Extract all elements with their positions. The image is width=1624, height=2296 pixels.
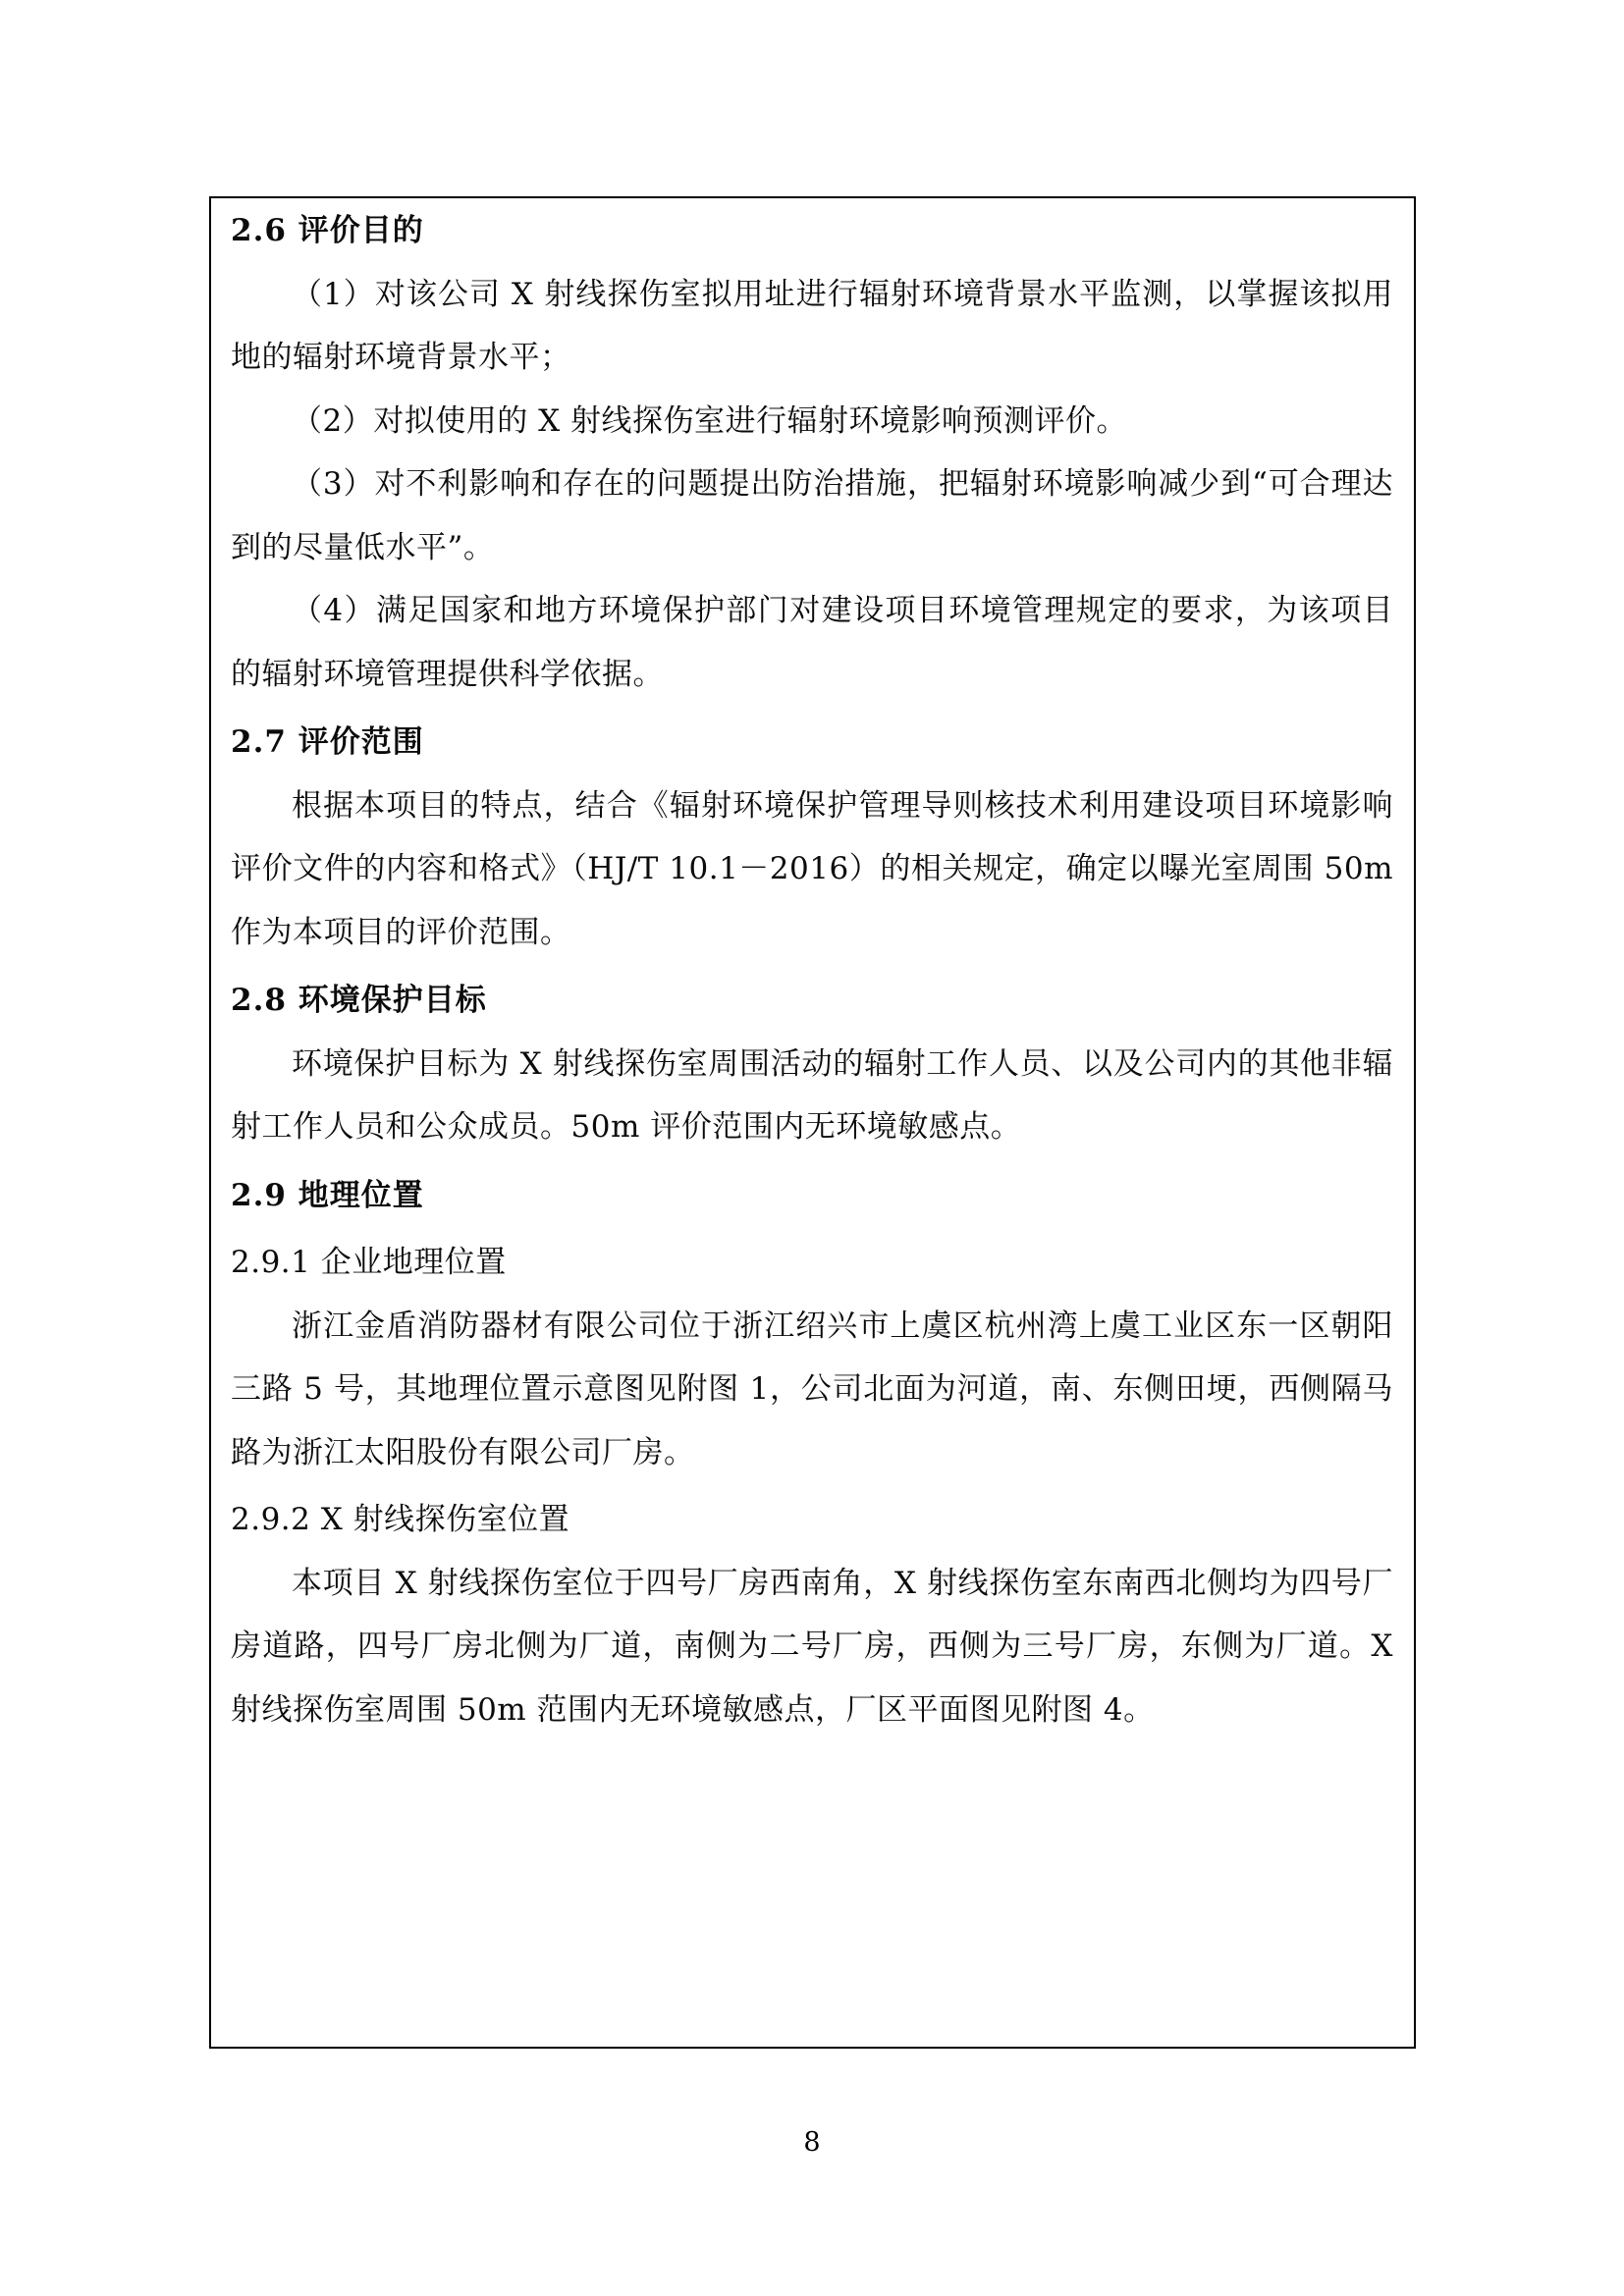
paragraph-2-9-1: 浙江金盾消防器材有限公司位于浙江绍兴市上虞区杭州湾上虞工业区东一区朝阳三路 5 … <box>231 1295 1393 1485</box>
section-heading-2-8: 2.8 环境保护目标 <box>231 969 1393 1033</box>
paragraph-2-6-item-4: （4）满足国家和地方环境保护部门对建设项目环境管理规定的要求，为该项目的辐射环境… <box>231 579 1393 706</box>
page-number: 8 <box>0 2128 1624 2158</box>
paragraph-2-6-item-1: （1）对该公司 X 射线探伤室拟用址进行辐射环境背景水平监测，以掌握该拟用地的辐… <box>231 263 1393 390</box>
document-page: { "content": { "s26": { "heading": "2.6 … <box>0 0 1624 2296</box>
section-heading-2-7: 2.7 评价范围 <box>231 711 1393 774</box>
subsection-heading-2-9-1: 2.9.1 企业地理位置 <box>231 1231 1393 1295</box>
paragraph-2-9-2: 本项目 X 射线探伤室位于四号厂房西南角，X 射线探伤室东南西北侧均为四号厂房道… <box>231 1552 1393 1742</box>
paragraph-2-8: 环境保护目标为 X 射线探伤室周围活动的辐射工作人员、以及公司内的其他非辐射工作… <box>231 1033 1393 1159</box>
subsection-heading-2-9-2: 2.9.2 X 射线探伤室位置 <box>231 1488 1393 1552</box>
paragraph-2-6-item-2: （2）对拟使用的 X 射线探伤室进行辐射环境影响预测评价。 <box>231 390 1393 454</box>
section-heading-2-6: 2.6 评价目的 <box>231 199 1393 263</box>
content-border: 2.6 评价目的 （1）对该公司 X 射线探伤室拟用址进行辐射环境背景水平监测，… <box>209 196 1416 2049</box>
paragraph-2-6-item-3: （3）对不利影响和存在的问题提出防治措施，把辐射环境影响减少到“可合理达到的尽量… <box>231 453 1393 579</box>
paragraph-2-7: 根据本项目的特点，结合《辐射环境保护管理导则核技术利用建设项目环境影响评价文件的… <box>231 774 1393 965</box>
section-heading-2-9: 2.9 地理位置 <box>231 1164 1393 1228</box>
